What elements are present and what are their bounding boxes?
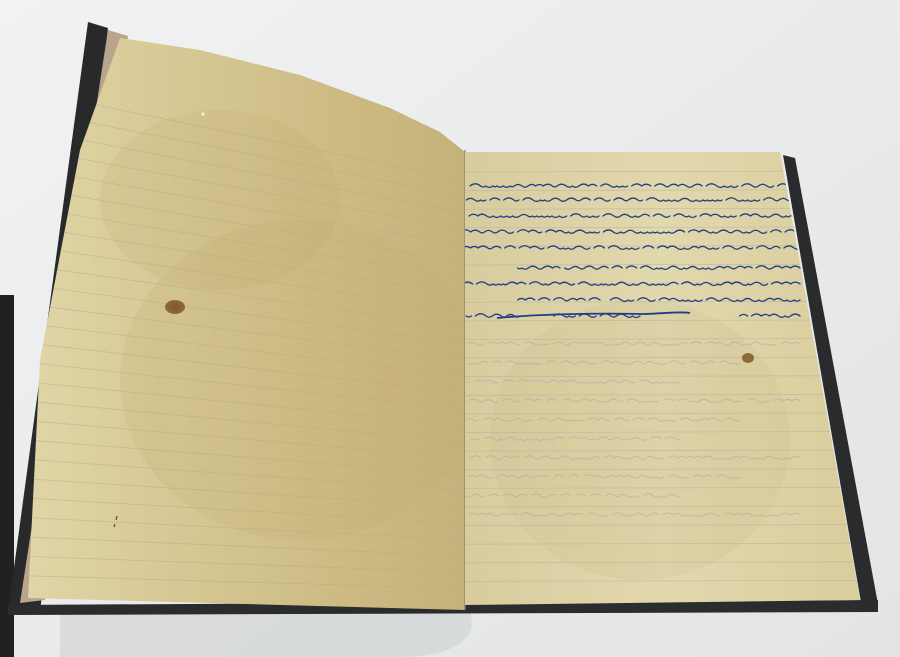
stain-spot-right bbox=[742, 353, 754, 363]
notebook-photo bbox=[0, 0, 900, 657]
stain-spot bbox=[165, 300, 185, 314]
book-shadow bbox=[60, 612, 472, 657]
small-mark bbox=[201, 112, 204, 115]
